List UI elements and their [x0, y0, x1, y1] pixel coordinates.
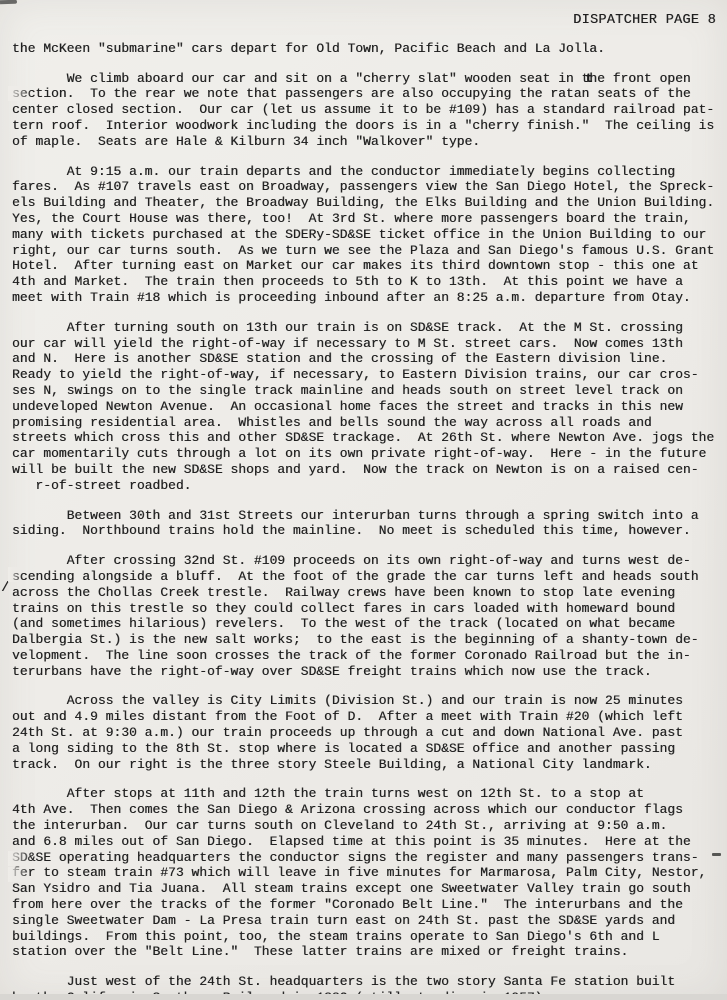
text-line: 4th and Market. The train then proceeds … [12, 274, 727, 290]
text-line: tern roof. Interior woodwork including t… [12, 118, 727, 134]
text-line: our car will yield the right-of-way if n… [12, 336, 727, 352]
text-line: 4th Ave. Then comes the San Diego & Ariz… [12, 802, 727, 818]
paragraph: After turning south on 13th our train is… [12, 320, 727, 494]
text-line: r-of-street roadbed. [12, 478, 727, 494]
text-line: buildings. From this point, too, the ste… [12, 929, 727, 945]
text-line: will be built the new SD&SE shops and ya… [12, 462, 727, 478]
typed-insertion-mark: t [585, 71, 593, 87]
text-line: SD&SE operating headquarters the conduct… [12, 850, 727, 866]
text-line: section. To the rear we note that passen… [12, 86, 727, 102]
text-line: Ready to yield the right-of-way, if nece… [12, 367, 727, 383]
text-line: a long siding to the 8th St. stop where … [12, 741, 727, 757]
text-line: promising residential area. Whistles and… [12, 415, 727, 431]
page-bottom-edge [0, 994, 727, 1000]
paragraph: We climb aboard our car and sit on a "ch… [12, 71, 727, 150]
text-line: terurbans have the right-of-way over SD&… [12, 664, 727, 680]
text-line: Across the valley is City Limits (Divisi… [12, 693, 727, 709]
text-line: the interurban. Our car turns south on C… [12, 818, 727, 834]
text-line: station over the "Belt Line." These latt… [12, 944, 727, 960]
scan-edge-mark [712, 853, 721, 856]
text-line: San Ysidro and Tia Juana. All steam trai… [12, 881, 727, 897]
scanned-document-page: DISPATCHER PAGE 8 the McKeen "submarine"… [0, 0, 727, 1000]
text-line: We climb aboard our car and sit on a "ch… [12, 71, 727, 87]
text-line: After stops at 11th and 12th the train t… [12, 786, 727, 802]
text-line: from here over the tracks of the former … [12, 897, 727, 913]
text-line: els Building and Theater, the Broadway B… [12, 195, 727, 211]
text-line: At 9:15 a.m. our train departs and the c… [12, 164, 727, 180]
paragraph: Across the valley is City Limits (Divisi… [12, 693, 727, 772]
text-line: fares. As #107 travels east on Broadway,… [12, 179, 727, 195]
text-line: After crossing 32nd St. #109 proceeds on… [12, 553, 727, 569]
text-line: track. On our right is the three story S… [12, 757, 727, 773]
text-line: Just west of the 24th St. headquarters i… [12, 974, 727, 990]
page-header: DISPATCHER PAGE 8 [0, 0, 727, 29]
text-line: streets which cross this and other SD&SE… [12, 430, 727, 446]
paragraph: the McKeen "submarine" cars depart for O… [12, 41, 727, 57]
margin-slash-mark: / [1, 581, 9, 597]
text-line: out and 4.9 miles distant from the Foot … [12, 709, 727, 725]
text-line: Dalbergia St.) is the new salt works; to… [12, 632, 727, 648]
text-line: undeveloped Newton Avenue. An occasional… [12, 399, 727, 415]
text-line: velopment. The line soon crosses the tra… [12, 648, 727, 664]
text-line: many with tickets purchased at the SDERy… [12, 227, 727, 243]
text-line: ses N, swings on to the single track mai… [12, 383, 727, 399]
text-line: trains on this trestle so they could col… [12, 601, 727, 617]
text-line: of maple. Seats are Hale & Kilburn 34 in… [12, 134, 727, 150]
text-line: meet with Train #18 which is proceeding … [12, 290, 727, 306]
text-line: the McKeen "submarine" cars depart for O… [12, 41, 727, 57]
text-line: across the Chollas Creek trestle. Railwa… [12, 585, 727, 601]
paragraph: At 9:15 a.m. our train departs and the c… [12, 164, 727, 306]
text-line: Hotel. After turning east on Market our … [12, 258, 727, 274]
text-line: (and sometimes hilarious) revelers. To t… [12, 616, 727, 632]
text-line: Yes, the Court House was there, too! At … [12, 211, 727, 227]
text-line: Between 30th and 31st Streets our interu… [12, 508, 727, 524]
text-line: and N. Here is another SD&SE station and… [12, 351, 727, 367]
text-line: center closed section. Our car (let us a… [12, 102, 727, 118]
text-line: single Sweetwater Dam - La Presa train t… [12, 913, 727, 929]
paragraph: After crossing 32nd St. #109 proceeds on… [12, 553, 727, 679]
paragraph: After stops at 11th and 12th the train t… [12, 786, 727, 960]
text-line: fer to steam train #73 which will leave … [12, 865, 727, 881]
text-line: right, our car turns south. As we turn w… [12, 243, 727, 259]
scan-smudge [0, 0, 17, 4]
text-line: siding. Northbound trains hold the mainl… [12, 523, 727, 539]
text-line: After turning south on 13th our train is… [12, 320, 727, 336]
text-line: scending alongside a bluff. At the foot … [12, 569, 727, 585]
paragraph: Between 30th and 31st Streets our interu… [12, 508, 727, 540]
text-line: and 6.8 miles out of San Diego. Elapsed … [12, 834, 727, 850]
text-line: 24th St. at 9:30 a.m.) our train proceed… [12, 725, 727, 741]
text-line: car momentarily cuts through a lot on it… [12, 446, 727, 462]
document-body: the McKeen "submarine" cars depart for O… [0, 41, 727, 1000]
